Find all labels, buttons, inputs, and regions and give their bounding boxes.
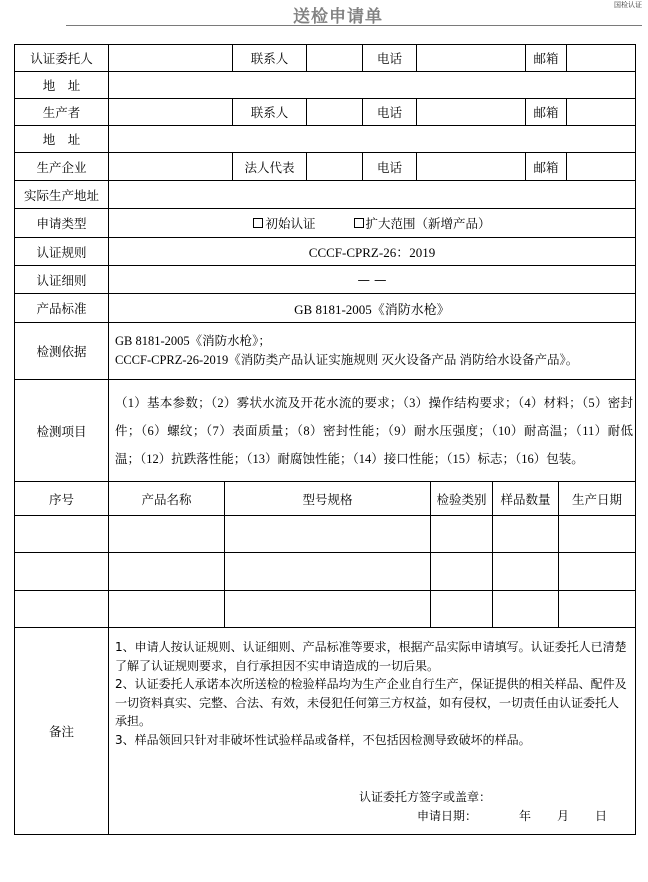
column-header-model-spec: 型号规格 [225,482,431,516]
producer-name-field[interactable] [109,99,233,126]
option-initial-certification[interactable]: 初始认证 [253,214,315,232]
client-email-field[interactable] [567,45,636,72]
signature-block: 认证委托方签字或盖章： 申请日期： 年月日 [359,788,607,826]
application-type-options: 初始认证扩大范围（新增产品） [109,209,636,238]
model-spec-cell[interactable] [225,553,431,591]
signature-line: 认证委托方签字或盖章： [359,788,607,807]
option-initial-label: 初始认证 [265,216,315,231]
producer-address-row: 地 址 [15,126,636,153]
product-name-cell[interactable] [109,553,225,591]
remarks-content: 1、申请人按认证规则、认证细则、产品标准等要求，根据产品实际申请填写。认证委托人… [109,628,636,835]
producer-phone-field[interactable] [417,99,526,126]
table-row [15,516,636,553]
column-header-product-name: 产品名称 [109,482,225,516]
remarks-table: 备注 1、申请人按认证规则、认证细则、产品标准等要求，根据产品实际申请填写。认证… [14,627,636,835]
serial-cell[interactable] [15,553,109,591]
product-standard-label: 产品标准 [15,294,109,323]
client-address-row: 地 址 [15,72,636,99]
info-table: 认证委托人 联系人 电话 邮箱 地 址 生产者 联系人 电话 邮箱 地 址 [14,44,636,482]
test-basis-line: CCCF-CPRZ-26-2019《消防类产品认证实施规则 灭火设备产品 消防给… [115,351,635,370]
column-header-sample-quantity: 样品数量 [493,482,559,516]
client-phone-field[interactable] [417,45,526,72]
application-type-row: 申请类型 初始认证扩大范围（新增产品） [15,209,636,238]
certification-rule-value: CCCF-CPRZ-26：2019 [109,238,636,266]
actual-address-field[interactable] [109,181,636,209]
date-month: 月 [557,807,569,826]
remarks-row: 备注 1、申请人按认证规则、认证细则、产品标准等要求，根据产品实际申请填写。认证… [15,628,636,835]
producer-email-label: 邮箱 [526,99,567,126]
application-date-line: 申请日期： 年月日 [359,807,607,826]
production-date-cell[interactable] [559,553,636,591]
model-spec-cell[interactable] [225,516,431,553]
test-basis-value: GB 8181-2005《消防水枪》； CCCF-CPRZ-26-2019《消防… [109,323,636,380]
production-date-cell[interactable] [559,516,636,553]
manufacturer-row: 生产企业 法人代表 电话 邮箱 [15,153,636,181]
checkbox-initial-certification[interactable] [253,218,263,228]
producer-label: 生产者 [15,99,109,126]
client-contact-field[interactable] [307,45,363,72]
product-name-cell[interactable] [109,516,225,553]
actual-address-row: 实际生产地址 [15,181,636,209]
manufacturer-label: 生产企业 [15,153,109,181]
manufacturer-email-field[interactable] [567,153,636,181]
product-name-cell[interactable] [109,591,225,628]
date-year: 年 [519,807,531,826]
test-basis-row: 检测依据 GB 8181-2005《消防水枪》； CCCF-CPRZ-26-20… [15,323,636,380]
producer-contact-field[interactable] [307,99,363,126]
application-date-label: 申请日期： [417,807,477,826]
sample-quantity-cell[interactable] [493,553,559,591]
column-header-production-date: 生产日期 [559,482,636,516]
certification-detail-label: 认证细则 [15,266,109,294]
test-items-value: （1）基本参数；（2）雾状水流及开花水流的要求；（3）操作结构要求；（4）材料；… [109,380,636,482]
application-date-field[interactable]: 年月日 [477,807,607,826]
certification-detail-row: 认证细则 — — [15,266,636,294]
checkbox-scope-extension[interactable] [354,218,364,228]
table-row [15,591,636,628]
client-address-field[interactable] [109,72,636,99]
remark-item: 1、申请人按认证规则、认证细则、产品标准等要求，根据产品实际申请填写。认证委托人… [115,638,629,675]
client-name-field[interactable] [109,45,233,72]
table-row [15,553,636,591]
manufacturer-phone-label: 电话 [363,153,417,181]
producer-email-field[interactable] [567,99,636,126]
test-items-row: 检测项目 （1）基本参数；（2）雾状水流及开花水流的要求；（3）操作结构要求；（… [15,380,636,482]
signature-field[interactable] [491,788,607,807]
sample-quantity-cell[interactable] [493,516,559,553]
samples-header-row: 序号 产品名称 型号规格 检验类别 样品数量 生产日期 [15,482,636,516]
producer-contact-label: 联系人 [233,99,307,126]
actual-address-label: 实际生产地址 [15,181,109,209]
title-divider [66,25,642,26]
signature-label: 认证委托方签字或盖章： [359,788,491,807]
date-day: 日 [595,807,607,826]
remark-item: 3、样品领回只针对非破坏性试验样品或备样，不包括因检测导致破坏的样品。 [115,731,629,750]
client-label: 认证委托人 [15,45,109,72]
test-basis-label: 检测依据 [15,323,109,380]
samples-table: 序号 产品名称 型号规格 检验类别 样品数量 生产日期 [14,481,636,628]
producer-address-label: 地 址 [15,126,109,153]
client-row: 认证委托人 联系人 电话 邮箱 [15,45,636,72]
test-category-cell[interactable] [431,516,493,553]
producer-phone-label: 电话 [363,99,417,126]
corner-mark: 国检认证 [614,0,642,10]
certification-rule-row: 认证规则 CCCF-CPRZ-26：2019 [15,238,636,266]
test-basis-line: GB 8181-2005《消防水枪》； [115,332,635,351]
product-standard-value: GB 8181-2005《消防水枪》 [109,294,636,323]
legal-rep-field[interactable] [307,153,363,181]
certification-detail-value: — — [109,266,636,294]
application-type-label: 申请类型 [15,209,109,238]
serial-cell[interactable] [15,591,109,628]
client-email-label: 邮箱 [526,45,567,72]
client-address-label: 地 址 [15,72,109,99]
production-date-cell[interactable] [559,591,636,628]
certification-rule-label: 认证规则 [15,238,109,266]
application-form: 认证委托人 联系人 电话 邮箱 地 址 生产者 联系人 电话 邮箱 地 址 [14,44,635,835]
test-category-cell[interactable] [431,553,493,591]
column-header-test-category: 检验类别 [431,482,493,516]
producer-address-field[interactable] [109,126,636,153]
producer-row: 生产者 联系人 电话 邮箱 [15,99,636,126]
test-category-cell[interactable] [431,591,493,628]
product-standard-row: 产品标准 GB 8181-2005《消防水枪》 [15,294,636,323]
option-scope-extension[interactable]: 扩大范围（新增产品） [354,214,491,232]
remarks-label: 备注 [15,628,109,835]
legal-rep-label: 法人代表 [233,153,307,181]
option-scope-label: 扩大范围（新增产品） [366,216,491,231]
manufacturer-email-label: 邮箱 [526,153,567,181]
model-spec-cell[interactable] [225,591,431,628]
manufacturer-phone-field[interactable] [417,153,526,181]
column-header-serial: 序号 [15,482,109,516]
client-contact-label: 联系人 [233,45,307,72]
test-items-label: 检测项目 [15,380,109,482]
client-phone-label: 电话 [363,45,417,72]
document-title: 送检申请单 [0,2,648,27]
sample-quantity-cell[interactable] [493,591,559,628]
remark-item: 2、认证委托人承诺本次所送检的检验样品均为生产企业自行生产，保证提供的相关样品、… [115,675,629,731]
manufacturer-name-field[interactable] [109,153,233,181]
serial-cell[interactable] [15,516,109,553]
